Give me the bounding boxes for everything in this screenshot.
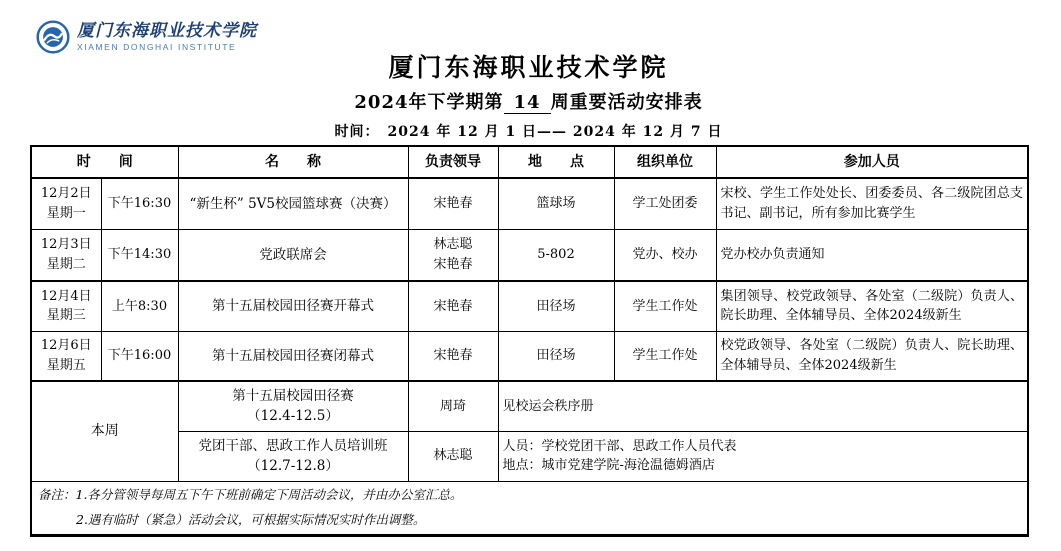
date-cell: 12月3日 星期二 <box>31 229 101 281</box>
table-row: 12月4日 星期三 上午8:30 第十五届校园田径赛开幕式 宋艳春 田径场 学生… <box>31 281 1028 331</box>
subtitle-suffix: 周重要活动安排表 <box>551 92 703 113</box>
leader-cell: 林志聪 <box>408 431 498 481</box>
page-subtitle: 2024年下学期第14周重要活动安排表 <box>30 88 1027 114</box>
time-cell: 下午16:00 <box>101 331 178 381</box>
leader-cell: 宋艳春 <box>408 281 498 331</box>
header-org: 组织单位 <box>614 146 716 178</box>
note-line-1: 备注：1.各分管领导每周五下午下班前确定下周活动会议，并由办公室汇总。 <box>38 486 1021 505</box>
details-cell: 人员：学校党团干部、思政工作人员代表 地点：城市党建学院-海沧温德姆酒店 <box>498 431 1028 481</box>
time-cell: 下午14:30 <box>101 229 178 281</box>
name-cell: 党政联席会 <box>178 229 408 281</box>
participants-cell: 校党政领导、各处室（二级院）负责人、院长助理、全体辅导员、全体2024级新生 <box>716 331 1028 381</box>
name-cell: “新生杯” 5V5校园篮球赛（决赛） <box>178 178 408 229</box>
week-number: 14 <box>504 92 551 114</box>
participants-cell: 宋校、学生工作处处长、团委委员、各二级院团总支书记、副书记，所有参加比赛学生 <box>716 178 1028 229</box>
schedule-table: 时 间 名 称 负责领导 地 点 组织单位 参加人员 12月2日 星期一 下午1… <box>30 145 1029 537</box>
location-cell: 田径场 <box>498 281 614 331</box>
participants-cell: 集团领导、校党政领导、各处室（二级院）负责人、院长助理、全体辅导员、全体2024… <box>716 281 1028 331</box>
date-cell: 12月6日 星期五 <box>31 331 101 381</box>
header-leader: 负责领导 <box>408 146 498 178</box>
header-location: 地 点 <box>498 146 614 178</box>
page: 厦门东海职业技术学院 XIAMEN DONGHAI INSTITUTE 厦门东海… <box>0 0 1061 551</box>
leader-cell: 宋艳春 <box>408 178 498 229</box>
header-time: 时 间 <box>31 146 178 178</box>
note-line-2: 2.遇有临时（紧急）活动会议，可根据实际情况实时作出调整。 <box>38 511 1021 530</box>
time-cell: 上午8:30 <box>101 281 178 331</box>
header-name: 名 称 <box>178 146 408 178</box>
org-cell: 学生工作处 <box>614 331 716 381</box>
week-label-cell: 本周 <box>31 381 178 481</box>
time-cell: 下午16:30 <box>101 178 178 229</box>
leader-cell: 宋艳春 <box>408 331 498 381</box>
name-cell: 党团干部、思政工作人员培训班 （12.7-12.8） <box>178 431 408 481</box>
participants-cell: 党办校办负责通知 <box>716 229 1028 281</box>
notes-row: 备注：1.各分管领导每周五下午下班前确定下周活动会议，并由办公室汇总。 2.遇有… <box>31 481 1028 536</box>
table-header-row: 时 间 名 称 负责领导 地 点 组织单位 参加人员 <box>31 146 1028 178</box>
org-cell: 学工处团委 <box>614 178 716 229</box>
notes-cell: 备注：1.各分管领导每周五下午下班前确定下周活动会议，并由办公室汇总。 2.遇有… <box>31 481 1028 536</box>
table-row: 本周 第十五届校园田径赛 （12.4-12.5） 周琦 见校运会秩序册 <box>31 381 1028 431</box>
table-row: 12月2日 星期一 下午16:30 “新生杯” 5V5校园篮球赛（决赛） 宋艳春… <box>31 178 1028 229</box>
header-participants: 参加人员 <box>716 146 1028 178</box>
table-row: 党团干部、思政工作人员培训班 （12.7-12.8） 林志聪 人员：学校党团干部… <box>31 431 1028 481</box>
org-cell: 党办、校办 <box>614 229 716 281</box>
date-range: 时间： 2024 年 12 月 1 日—— 2024 年 12 月 7 日 <box>30 121 1027 141</box>
location-cell: 篮球场 <box>498 178 614 229</box>
date-cell: 12月2日 星期一 <box>31 178 101 229</box>
logo-name-zh: 厦门东海职业技术学院 <box>77 22 257 41</box>
table-row: 12月6日 星期五 下午16:00 第十五届校园田径赛闭幕式 宋艳春 田径场 学… <box>31 331 1028 381</box>
subtitle-prefix: 2024年下学期第 <box>354 92 503 113</box>
page-title: 厦门东海职业技术学院 <box>30 48 1027 84</box>
leader-cell: 林志聪 宋艳春 <box>408 229 498 281</box>
date-cell: 12月4日 星期三 <box>31 281 101 331</box>
location-cell: 田径场 <box>498 331 614 381</box>
leader-cell: 周琦 <box>408 381 498 431</box>
name-cell: 第十五届校园田径赛开幕式 <box>178 281 408 331</box>
location-cell: 5-802 <box>498 229 614 281</box>
name-cell: 第十五届校园田径赛闭幕式 <box>178 331 408 381</box>
name-cell: 第十五届校园田径赛 （12.4-12.5） <box>178 381 408 431</box>
org-cell: 学生工作处 <box>614 281 716 331</box>
table-row: 12月3日 星期二 下午14:30 党政联席会 林志聪 宋艳春 5-802 党办… <box>31 229 1028 281</box>
details-cell: 见校运会秩序册 <box>498 381 1028 431</box>
